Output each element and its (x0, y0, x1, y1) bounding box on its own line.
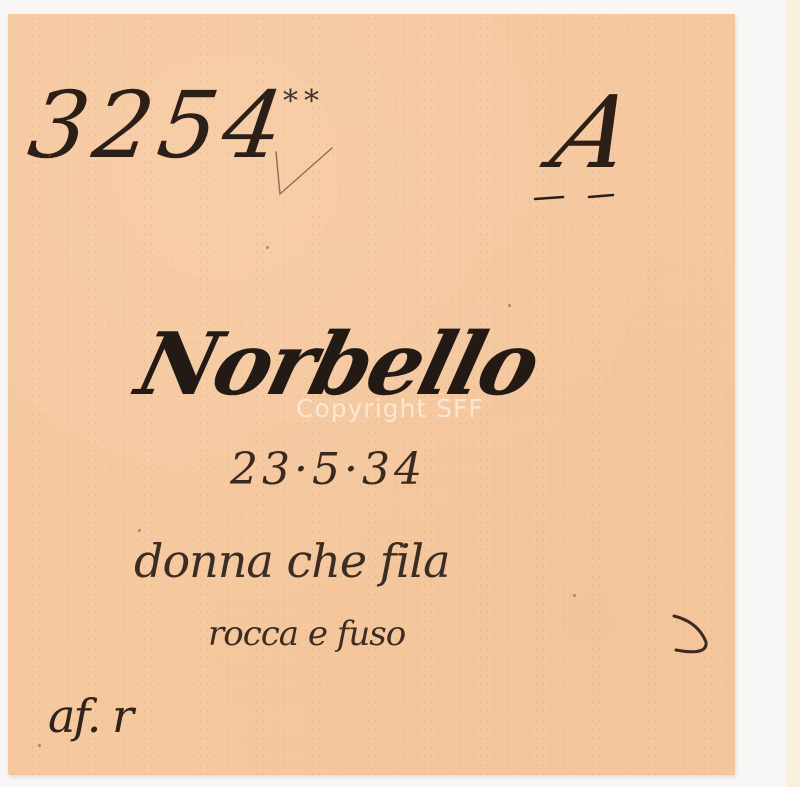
check-mark-icon (270, 144, 340, 204)
paper-speck (138, 529, 141, 532)
corner-mark-icon (668, 612, 718, 666)
copyright-watermark: Copyright SFF (296, 394, 484, 423)
initials: af. r (48, 689, 132, 743)
description-line-1: donna che fila (134, 534, 450, 588)
description-line-2: rocca e fuso (208, 614, 405, 654)
archive-card: 3254 ** A Norbello Copyright SFF 23·5·34… (8, 14, 735, 775)
paper-speck (573, 594, 576, 597)
catalog-number: 3254 (22, 72, 295, 179)
photo-scene: 3254 ** A Norbello Copyright SFF 23·5·34… (0, 0, 800, 787)
date: 23·5·34 (230, 444, 426, 495)
grade-letter: A (539, 74, 649, 191)
second-card-edge (786, 0, 800, 787)
paper-speck (48, 154, 51, 157)
paper-speck (266, 246, 269, 249)
asterisk-annotation: ** (283, 84, 325, 119)
paper-speck (38, 744, 41, 747)
grade-underline (533, 192, 623, 202)
paper-speck (508, 304, 511, 307)
